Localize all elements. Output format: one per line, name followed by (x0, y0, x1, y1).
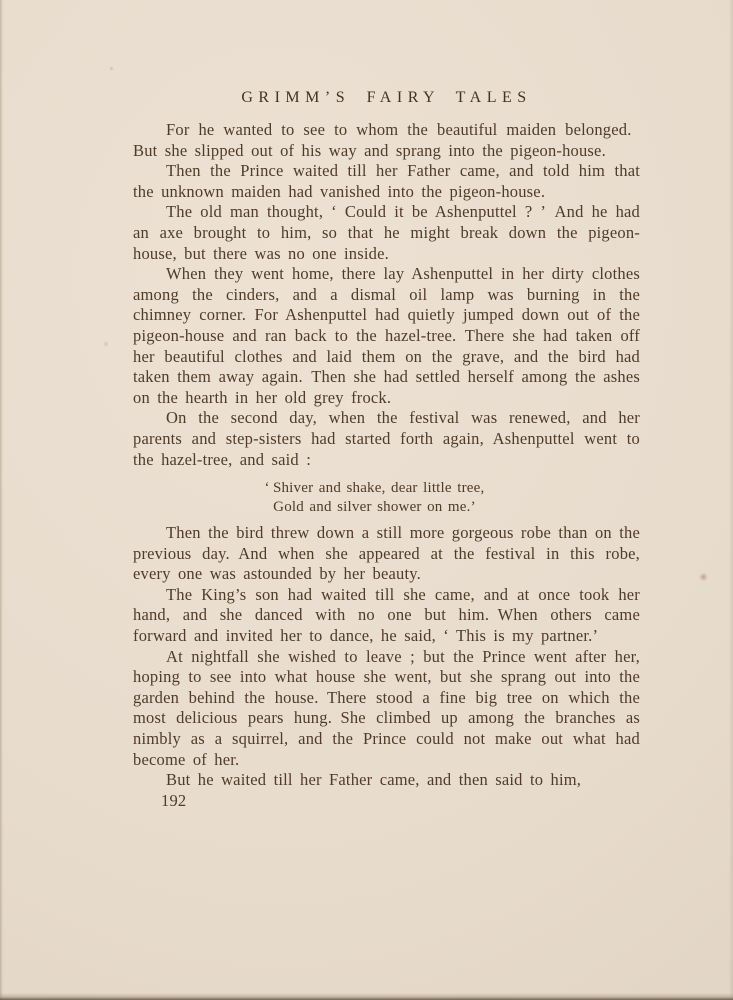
paragraph: The King’s son had waited till she came,… (133, 585, 640, 647)
foxing-spot (103, 341, 109, 347)
page-left-edge (0, 0, 3, 1000)
verse-quotation: ‘ Shiver and shake, dear little tree, Go… (121, 479, 628, 516)
page-number: 192 (133, 791, 640, 812)
paragraph: But he waited till her Father came, and … (133, 770, 640, 791)
paragraph: At nightfall she wished to leave ; but t… (133, 647, 640, 771)
paragraph: The old man thought, ‘ Could it be Ashen… (133, 202, 640, 264)
paragraph: On the second day, when the festival was… (133, 408, 640, 470)
paragraph: For he wanted to see to whom the beautif… (133, 120, 640, 161)
foxing-spot (109, 66, 114, 71)
verse-line: ‘ Shiver and shake, dear little tree, (121, 479, 628, 498)
foxing-spot (699, 573, 708, 581)
paragraph: When they went home, there lay Ashenputt… (133, 264, 640, 408)
book-page-scan: GRIMM’S FAIRY TALES For he wanted to see… (0, 0, 733, 1000)
page-text-block: GRIMM’S FAIRY TALES For he wanted to see… (133, 88, 640, 811)
page-bottom-edge (0, 993, 733, 1000)
paragraph: Then the Prince waited till her Father c… (133, 161, 640, 202)
verse-line: Gold and silver shower on me.’ (121, 498, 628, 517)
paragraph: Then the bird threw down a still more go… (133, 523, 640, 585)
running-head-title: GRIMM’S FAIRY TALES (133, 88, 640, 108)
page-right-edge (729, 0, 733, 1000)
